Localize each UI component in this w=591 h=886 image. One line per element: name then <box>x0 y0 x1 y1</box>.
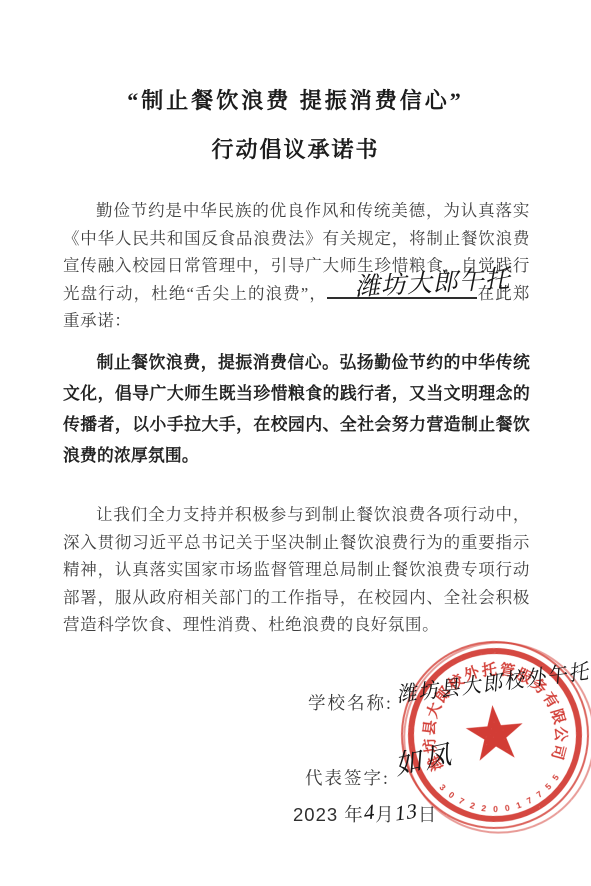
representative-signature-row: 代表签字:如凤 <box>305 753 456 792</box>
pledge-document-page: “制止餐饮浪费 提振消费信心” 行动倡议承诺书 勤俭节约是中华民族的优良作风和传… <box>0 0 591 886</box>
svg-text:5: 5 <box>550 772 561 782</box>
svg-text:2: 2 <box>469 800 477 811</box>
date-month-handwriting: 4 <box>363 799 376 826</box>
school-name-label: 学校名称: <box>308 693 393 713</box>
representative-signature-label: 代表签字: <box>305 768 390 788</box>
date-year-label: 2023 年 <box>293 804 364 825</box>
svg-text:7: 7 <box>534 789 544 800</box>
school-name-fill-in-line: 潍坊大郎午托 <box>327 280 477 299</box>
svg-text:7: 7 <box>525 795 534 806</box>
svg-text:0: 0 <box>493 804 498 814</box>
paragraph-action-support: 让我们全力支持并积极参与到制止餐饮浪费各项行动中，深入贯彻习近平总书记关于坚决制… <box>63 501 530 639</box>
paragraph-pledge-intro: 勤俭节约是中华民族的优良作风和传统美德，为认真落实《中华人民共和国反食品浪费法》… <box>63 197 530 335</box>
date-month-label: 月 <box>375 806 395 826</box>
svg-text:0: 0 <box>504 803 511 814</box>
svg-text:2: 2 <box>481 803 487 814</box>
official-seal: 潍坊县大郎校外托管服务有限公司 307220017755 <box>381 621 591 849</box>
svg-text:公: 公 <box>552 727 569 743</box>
svg-text:7: 7 <box>457 795 466 806</box>
paragraph-commitment-bold: 制止餐饮浪费，提振消费信心。弘扬勤俭节约的中华传统文化，倡导广大师生既当珍惜粮食… <box>63 347 530 471</box>
svg-text:5: 5 <box>543 781 554 792</box>
svg-text:司: 司 <box>548 742 569 761</box>
svg-text:1: 1 <box>515 800 523 811</box>
document-title-line1: “制止餐饮浪费 提振消费信心” <box>0 84 591 115</box>
document-title-line2: 行动倡议承诺书 <box>0 133 591 164</box>
school-name-row: 学校名称:潍坊县大郎校外午托管 <box>308 686 591 716</box>
